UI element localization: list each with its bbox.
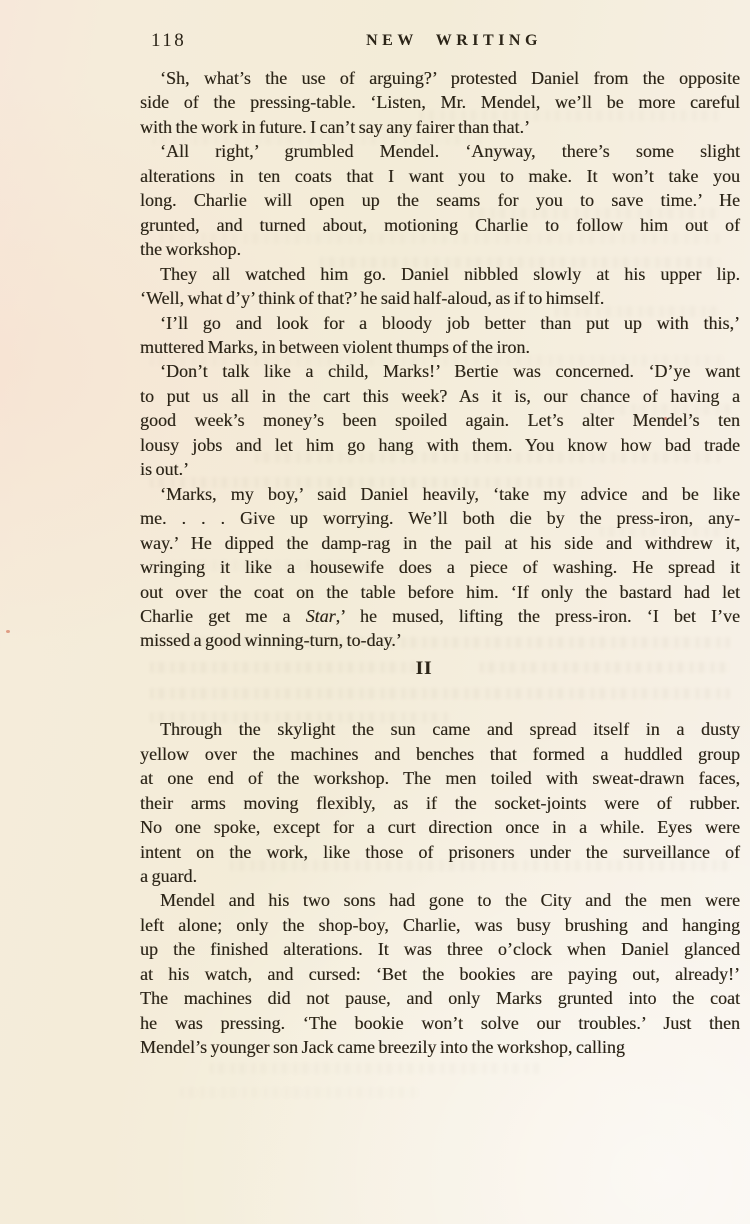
text-column: ‘Sh, what’s the use of arguing?’ protest…	[140, 66, 740, 1060]
text-line: They all watched him go. Daniel nibbled …	[140, 262, 740, 286]
text-line: alterations in ten coats that I want you…	[140, 164, 740, 188]
text-line: muttered Marks, in between violent thump…	[140, 335, 740, 359]
text-line: The machines did not pause, and only Mar…	[140, 986, 740, 1010]
bleed-through-artifact	[210, 1063, 540, 1074]
text-line: to put us all in the cart this week? As …	[140, 384, 740, 408]
text-line: he was pressing. ‘The bookie won’t solve…	[140, 1011, 740, 1035]
text-line: me. . . . Give up worrying. We’ll both d…	[140, 506, 740, 530]
text-line: Mendel and his two sons had gone to the …	[140, 888, 740, 912]
book-page: 118 NEW WRITING ‘Sh, what’s the use of a…	[0, 0, 750, 1224]
text-line: Through the skylight the sun came and sp…	[140, 717, 740, 741]
text-line: ‘Don’t talk like a child, Marks!’ Bertie…	[140, 359, 740, 383]
page-header: 118 NEW WRITING	[140, 30, 740, 55]
section-1-text: ‘Sh, what’s the use of arguing?’ protest…	[140, 66, 740, 653]
text-line: ‘Sh, what’s the use of arguing?’ protest…	[140, 66, 740, 90]
text-line: grunted, and turned about, motioning Cha…	[140, 213, 740, 237]
section-heading: II	[124, 657, 724, 681]
text-line: ‘Well, what d’y’ think of that?’ he said…	[140, 286, 740, 310]
section-2-text: Through the skylight the sun came and sp…	[140, 717, 740, 1059]
text-line: ‘Marks, my boy,’ said Daniel heavily, ‘t…	[140, 482, 740, 506]
text-line: Charlie get me a Star,’ he mused, liftin…	[140, 604, 740, 628]
text-line: out over the coat on the table before hi…	[140, 580, 740, 604]
text-line: good week’s money’s been spoiled again. …	[140, 408, 740, 432]
text-line: lousy jobs and let him go hang with them…	[140, 433, 740, 457]
text-line: is out.’	[140, 457, 740, 481]
text-line: left alone; only the shop-boy, Charlie, …	[140, 913, 740, 937]
text-line: Mendel’s younger son Jack came breezily …	[140, 1035, 740, 1059]
text-line: ‘I’ll go and look for a bloody job bette…	[140, 311, 740, 335]
bleed-through-artifact	[180, 1087, 420, 1098]
text-line: long. Charlie will open up the seams for…	[140, 188, 740, 212]
text-line: up the finished alterations. It was thre…	[140, 937, 740, 961]
running-title: NEW WRITING	[366, 32, 542, 50]
text-line: side of the pressing-table. ‘Listen, Mr.…	[140, 90, 740, 114]
text-line: the workshop.	[140, 237, 740, 261]
text-line: yellow over the machines and benches tha…	[140, 742, 740, 766]
text-line: at one end of the workshop. The men toil…	[140, 766, 740, 790]
text-line: wringing it like a housewife does a piec…	[140, 555, 740, 579]
text-line: way.’ He dipped the damp-rag in the pail…	[140, 531, 740, 555]
page-number: 118	[151, 30, 186, 52]
text-line: with the work in future. I can’t say any…	[140, 115, 740, 139]
text-line: a guard.	[140, 864, 740, 888]
text-line: their arms moving flexibly, as if the so…	[140, 791, 740, 815]
text-line: ‘All right,’ grumbled Mendel. ‘Anyway, t…	[140, 139, 740, 163]
text-line: No one spoke, except for a curt directio…	[140, 815, 740, 839]
text-line: missed a good winning-turn, to-day.’	[140, 628, 740, 652]
text-line: intent on the work, like those of prison…	[140, 840, 740, 864]
italic-text: Star	[306, 606, 336, 626]
text-line: at his watch, and cursed: ‘Bet the booki…	[140, 962, 740, 986]
